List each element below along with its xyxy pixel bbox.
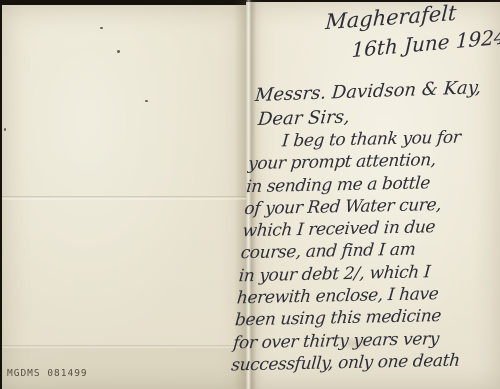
accession-number: MGDMS 081499 — [7, 368, 88, 379]
paper-speck — [100, 27, 103, 29]
paper-speck — [117, 50, 120, 53]
horizontal-crease — [2, 196, 246, 200]
letter-scan: Magherafelt 16th June 1924 Messrs. David… — [0, 0, 500, 389]
paper-speck — [4, 128, 6, 131]
letter-body: I beg to thank you for your prompt atten… — [230, 126, 500, 377]
letter-salutation: Dear Sirs, — [257, 107, 351, 130]
paper-speck — [145, 100, 148, 102]
